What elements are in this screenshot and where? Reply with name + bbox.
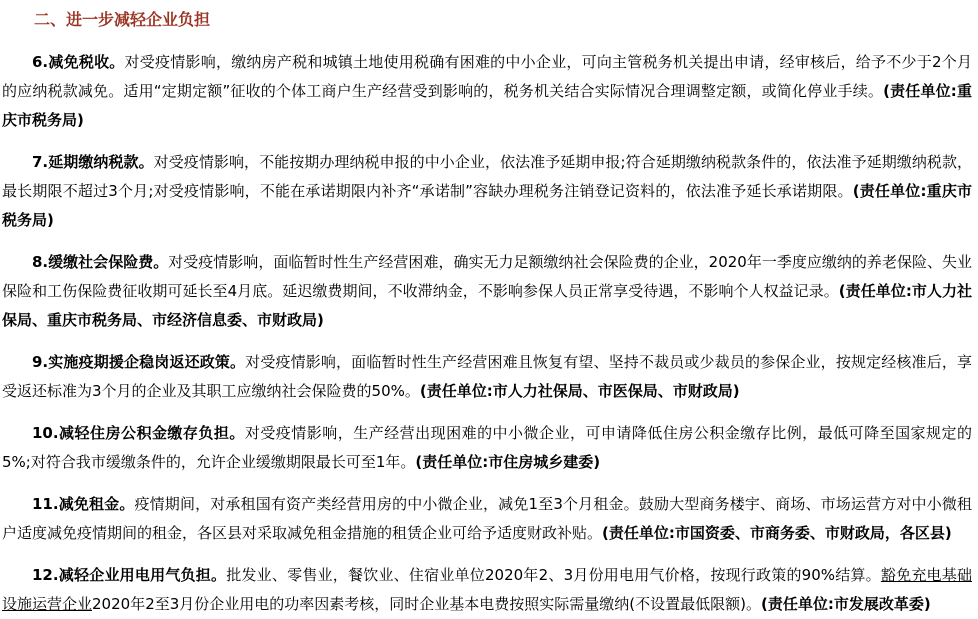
paragraph-lead: 7.延期缴纳税款。 [32, 153, 154, 171]
responsibility-unit: (责任单位:市国资委、市商务委、市财政局，各区县) [602, 524, 952, 542]
paragraph-lead: 12.减轻企业用电用气负担。 [32, 566, 226, 584]
policy-paragraph-7: 7.延期缴纳税款。对受疫情影响，不能按期办理纳税申报的中小企业，依法准予延期申报… [2, 148, 972, 235]
paragraph-body: 批发业、零售业，餐饮业、住宿业单位2020年2、3月份用电用气价格，按现行政策的… [226, 566, 881, 584]
policy-paragraph-6: 6.减免税收。对受疫情影响，缴纳房产税和城镇土地使用税确有困难的中小企业，可向主… [2, 48, 972, 135]
responsibility-unit: (责任单位:市发展改革委) [761, 595, 931, 613]
paragraph-lead: 11.减免租金。 [32, 495, 135, 513]
policy-paragraph-8: 8.缓缴社会保险费。对受疫情影响，面临暂时性生产经营困难，确实无力足额缴纳社会保… [2, 248, 972, 335]
paragraph-lead: 10.减轻住房公积金缴存负担。 [32, 424, 245, 442]
policy-document: 二、进一步减轻企业负担 6.减免税收。对受疫情影响，缴纳房产税和城镇土地使用税确… [0, 8, 974, 619]
paragraph-lead: 8.缓缴社会保险费。 [32, 253, 168, 271]
paragraph-body: 对受疫情影响，缴纳房产税和城镇土地使用税确有困难的中小企业，可向主管税务机关提出… [2, 53, 972, 100]
responsibility-unit: (责任单位:市住房城乡建委) [415, 453, 600, 471]
paragraph-lead: 6.减免税收。 [32, 53, 125, 71]
policy-paragraph-9: 9.实施疫期援企稳岗返还政策。对受疫情影响，面临暂时性生产经营困难且恢复有望、坚… [2, 348, 972, 406]
policy-paragraph-12: 12.减轻企业用电用气负担。批发业、零售业，餐饮业、住宿业单位2020年2、3月… [2, 561, 972, 619]
section-heading: 二、进一步减轻企业负担 [2, 8, 972, 32]
policy-paragraph-10: 10.减轻住房公积金缴存负担。对受疫情影响，生产经营出现困难的中小微企业，可申请… [2, 419, 972, 477]
responsibility-unit: (责任单位:市人力社保局、市医保局、市财政局) [420, 382, 740, 400]
paragraph-body-cont: 2020年2至3月份企业用电的功率因素考核，同时企业基本电费按照实际需量缴纳(不… [92, 595, 761, 613]
paragraph-lead: 9.实施疫期援企稳岗返还政策。 [32, 353, 245, 371]
policy-paragraph-11: 11.减免租金。疫情期间，对承租国有资产类经营用房的中小微企业，减免1至3个月租… [2, 490, 972, 548]
